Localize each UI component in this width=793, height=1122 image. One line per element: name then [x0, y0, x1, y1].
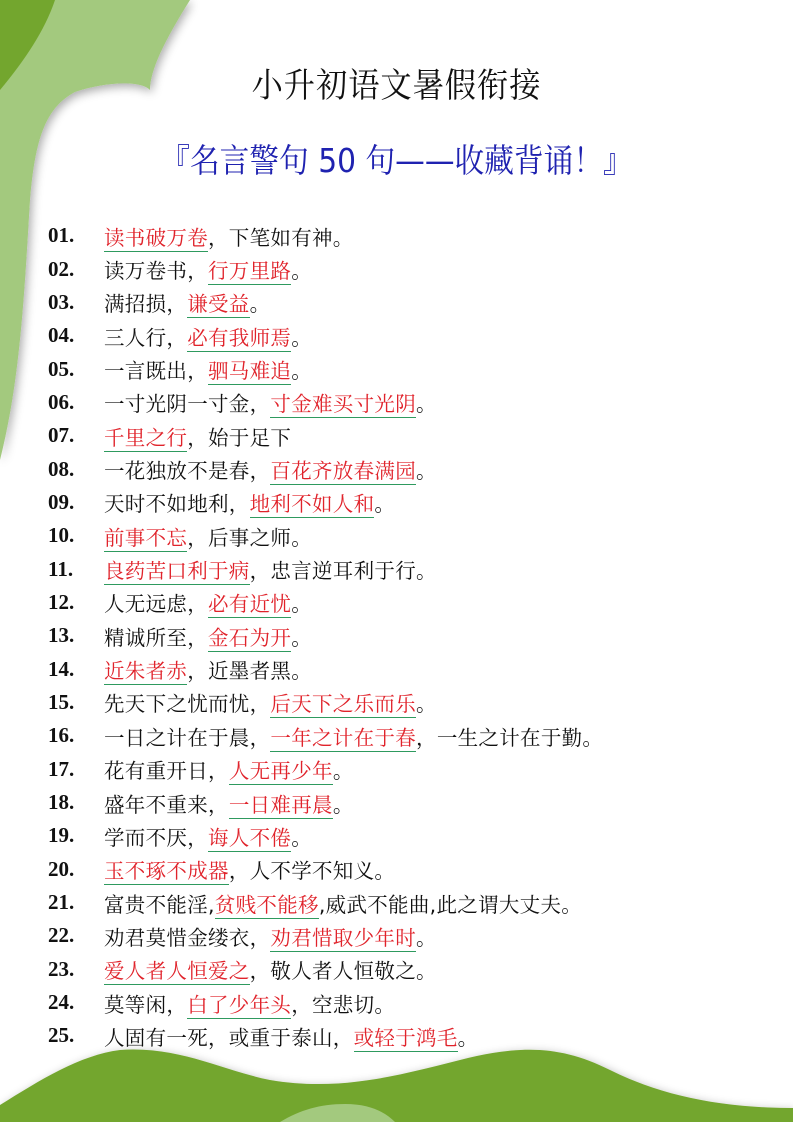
- quote-text: 读万卷书，行万里路。: [104, 254, 312, 284]
- plain-phrase: 。: [416, 926, 437, 950]
- quote-text: 三人行，必有我师焉。: [104, 321, 312, 351]
- quote-text: 精诚所至，金石为开。: [104, 621, 312, 651]
- quote-row: 06.一寸光阴一寸金，寸金难买寸光阴。: [48, 386, 603, 419]
- plain-phrase: 满招损，: [104, 292, 187, 316]
- quote-number: 05.: [48, 357, 104, 382]
- highlighted-phrase: 地利不如人和: [250, 492, 375, 518]
- plain-phrase: ，始于足下: [187, 426, 291, 450]
- quote-text: 一寸光阴一寸金，寸金难买寸光阴。: [104, 387, 437, 417]
- quote-text: 千里之行，始于足下: [104, 421, 291, 451]
- quote-text: 学而不厌，诲人不倦。: [104, 821, 312, 851]
- quote-number: 21.: [48, 890, 104, 915]
- plain-phrase: ,威武不能曲,此之谓大丈夫。: [319, 893, 582, 917]
- quote-text: 盛年不重来，一日难再晨。: [104, 788, 354, 818]
- quote-text: 前事不忘，后事之师。: [104, 521, 312, 551]
- quote-number: 03.: [48, 290, 104, 315]
- plain-phrase: 一日之计在于晨，: [104, 726, 270, 750]
- quote-row: 19.学而不厌，诲人不倦。: [48, 819, 603, 852]
- quote-number: 19.: [48, 823, 104, 848]
- plain-phrase: 盛年不重来，: [104, 793, 229, 817]
- highlighted-phrase: 爱人者人恒爱之: [104, 959, 250, 985]
- plain-phrase: 天时不如地利，: [104, 492, 250, 516]
- quote-text: 人固有一死，或重于泰山，或轻于鸿毛。: [104, 1021, 478, 1051]
- quote-row: 20.玉不琢不成器，人不学不知义。: [48, 853, 603, 886]
- plain-phrase: 。: [291, 592, 312, 616]
- highlighted-phrase: 诲人不倦: [208, 826, 291, 852]
- quote-number: 07.: [48, 423, 104, 448]
- quote-row: 01.读书破万卷，下笔如有神。: [48, 219, 603, 252]
- highlighted-phrase: 白了少年头: [187, 993, 291, 1019]
- plain-phrase: 学而不厌，: [104, 826, 208, 850]
- plain-phrase: 。: [416, 392, 437, 416]
- quote-number: 13.: [48, 623, 104, 648]
- plain-phrase: 。: [291, 326, 312, 350]
- quote-number: 16.: [48, 723, 104, 748]
- quote-number: 20.: [48, 857, 104, 882]
- quote-number: 04.: [48, 323, 104, 348]
- quote-number: 14.: [48, 657, 104, 682]
- green-hills-icon: [0, 1050, 793, 1122]
- quote-row: 08.一花独放不是春，百花齐放春满园。: [48, 452, 603, 485]
- quote-text: 一日之计在于晨，一年之计在于春，一生之计在于勤。: [104, 721, 603, 751]
- quote-text: 莫等闲，白了少年头，空悲切。: [104, 988, 395, 1018]
- quote-text: 读书破万卷，下笔如有神。: [104, 221, 354, 251]
- quote-list: 01.读书破万卷，下笔如有神。02.读万卷书，行万里路。03.满招损，谦受益。0…: [48, 219, 603, 1053]
- quote-number: 10.: [48, 523, 104, 548]
- highlighted-phrase: 必有我师焉: [187, 326, 291, 352]
- highlighted-phrase: 金石为开: [208, 626, 291, 652]
- quote-number: 18.: [48, 790, 104, 815]
- quote-row: 10.前事不忘，后事之师。: [48, 519, 603, 552]
- plain-phrase: 。: [291, 359, 312, 383]
- page-title: 小升初语文暑假衔接: [32, 58, 762, 107]
- highlighted-phrase: 读书破万卷: [104, 226, 208, 252]
- quote-text: 一言既出，驷马难追。: [104, 354, 312, 384]
- quote-text: 良药苦口利于病，忠言逆耳利于行。: [104, 554, 437, 584]
- plain-phrase: ，近墨者黑。: [187, 659, 312, 683]
- plain-phrase: 精诚所至，: [104, 626, 208, 650]
- quote-number: 06.: [48, 390, 104, 415]
- highlighted-phrase: 贫贱不能移: [215, 893, 319, 919]
- quote-row: 24.莫等闲，白了少年头，空悲切。: [48, 986, 603, 1019]
- quote-number: 23.: [48, 957, 104, 982]
- plain-phrase: ，人不学不知义。: [229, 859, 395, 883]
- quote-number: 11.: [48, 557, 104, 582]
- quote-number: 25.: [48, 1023, 104, 1048]
- quote-row: 22.劝君莫惜金缕衣，劝君惜取少年时。: [48, 919, 603, 952]
- plain-phrase: 一寸光阴一寸金，: [104, 392, 270, 416]
- plain-phrase: 一言既出，: [104, 359, 208, 383]
- plain-phrase: ，空悲切。: [291, 993, 395, 1017]
- plain-phrase: 劝君莫惜金缕衣，: [104, 926, 270, 950]
- quote-row: 16.一日之计在于晨，一年之计在于春，一生之计在于勤。: [48, 719, 603, 752]
- quote-row: 25.人固有一死，或重于泰山，或轻于鸿毛。: [48, 1019, 603, 1052]
- quote-number: 22.: [48, 923, 104, 948]
- highlighted-phrase: 前事不忘: [104, 526, 187, 552]
- quote-row: 03.满招损，谦受益。: [48, 286, 603, 319]
- highlighted-phrase: 人无再少年: [229, 759, 333, 785]
- highlighted-phrase: 劝君惜取少年时: [270, 926, 416, 952]
- plain-phrase: 先天下之忧而忧，: [104, 692, 270, 716]
- plain-phrase: 。: [333, 793, 354, 817]
- highlighted-phrase: 谦受益: [187, 292, 249, 318]
- highlighted-phrase: 必有近忧: [208, 592, 291, 618]
- quote-number: 08.: [48, 457, 104, 482]
- plain-phrase: ，后事之师。: [187, 526, 312, 550]
- plain-phrase: 。: [250, 292, 271, 316]
- plain-phrase: 。: [291, 826, 312, 850]
- highlighted-phrase: 一年之计在于春: [270, 726, 416, 752]
- plain-phrase: ，忠言逆耳利于行。: [250, 559, 437, 583]
- quote-text: 花有重开日，人无再少年。: [104, 754, 354, 784]
- quote-row: 11.良药苦口利于病，忠言逆耳利于行。: [48, 552, 603, 585]
- quote-text: 近朱者赤，近墨者黑。: [104, 654, 312, 684]
- plain-phrase: 读万卷书，: [104, 259, 208, 283]
- quote-number: 24.: [48, 990, 104, 1015]
- quote-row: 18.盛年不重来，一日难再晨。: [48, 786, 603, 819]
- plain-phrase: 。: [416, 459, 437, 483]
- quote-row: 07.千里之行，始于足下: [48, 419, 603, 452]
- quote-row: 12.人无远虑，必有近忧。: [48, 586, 603, 619]
- quote-row: 17.花有重开日，人无再少年。: [48, 753, 603, 786]
- quote-row: 15.先天下之忧而忧，后天下之乐而乐。: [48, 686, 603, 719]
- highlighted-phrase: 千里之行: [104, 426, 187, 452]
- highlighted-phrase: 行万里路: [208, 259, 291, 285]
- highlighted-phrase: 百花齐放春满园: [270, 459, 416, 485]
- plain-phrase: 。: [374, 492, 395, 516]
- highlighted-phrase: 良药苦口利于病: [104, 559, 250, 585]
- quote-row: 04.三人行，必有我师焉。: [48, 319, 603, 352]
- plain-phrase: 。: [291, 626, 312, 650]
- plain-phrase: 。: [291, 259, 312, 283]
- plain-phrase: 。: [416, 692, 437, 716]
- quote-number: 15.: [48, 690, 104, 715]
- quote-row: 23.爱人者人恒爱之，敬人者人恒敬之。: [48, 953, 603, 986]
- plain-phrase: 三人行，: [104, 326, 187, 350]
- page-subtitle: 『名言警句 50 句——收藏背诵！』: [40, 135, 754, 182]
- plain-phrase: 花有重开日，: [104, 759, 229, 783]
- plain-phrase: 。: [333, 759, 354, 783]
- quote-text: 劝君莫惜金缕衣，劝君惜取少年时。: [104, 921, 437, 951]
- quote-number: 01.: [48, 223, 104, 248]
- quote-number: 12.: [48, 590, 104, 615]
- quote-text: 爱人者人恒爱之，敬人者人恒敬之。: [104, 954, 437, 984]
- quote-row: 05.一言既出，驷马难追。: [48, 352, 603, 385]
- quote-row: 14.近朱者赤，近墨者黑。: [48, 652, 603, 685]
- highlighted-phrase: 寸金难买寸光阴: [270, 392, 416, 418]
- highlighted-phrase: 近朱者赤: [104, 659, 187, 685]
- quote-number: 09.: [48, 490, 104, 515]
- highlighted-phrase: 玉不琢不成器: [104, 859, 229, 885]
- plain-phrase: 人固有一死，或重于泰山，: [104, 1026, 354, 1050]
- plain-phrase: ，一生之计在于勤。: [416, 726, 603, 750]
- quote-number: 17.: [48, 757, 104, 782]
- plain-phrase: 富贵不能淫,: [104, 893, 215, 917]
- plain-phrase: 一花独放不是春，: [104, 459, 270, 483]
- quote-text: 一花独放不是春，百花齐放春满园。: [104, 454, 437, 484]
- quote-text: 先天下之忧而忧，后天下之乐而乐。: [104, 687, 437, 717]
- highlighted-phrase: 驷马难追: [208, 359, 291, 385]
- plain-phrase: ，敬人者人恒敬之。: [250, 959, 437, 983]
- quote-text: 玉不琢不成器，人不学不知义。: [104, 854, 395, 884]
- plain-phrase: ，下笔如有神。: [208, 226, 354, 250]
- quote-row: 02.读万卷书，行万里路。: [48, 252, 603, 285]
- plain-phrase: 莫等闲，: [104, 993, 187, 1017]
- quote-text: 人无远虑，必有近忧。: [104, 587, 312, 617]
- quote-row: 21.富贵不能淫,贫贱不能移,威武不能曲,此之谓大丈夫。: [48, 886, 603, 919]
- quote-row: 09.天时不如地利，地利不如人和。: [48, 486, 603, 519]
- highlighted-phrase: 后天下之乐而乐: [270, 692, 416, 718]
- highlighted-phrase: 或轻于鸿毛: [354, 1026, 458, 1052]
- quote-text: 富贵不能淫,贫贱不能移,威武不能曲,此之谓大丈夫。: [104, 888, 582, 918]
- plain-phrase: 。: [458, 1026, 479, 1050]
- quote-row: 13.精诚所至，金石为开。: [48, 619, 603, 652]
- highlighted-phrase: 一日难再晨: [229, 793, 333, 819]
- quote-number: 02.: [48, 257, 104, 282]
- quote-text: 天时不如地利，地利不如人和。: [104, 487, 395, 517]
- plain-phrase: 人无远虑，: [104, 592, 208, 616]
- quote-text: 满招损，谦受益。: [104, 287, 270, 317]
